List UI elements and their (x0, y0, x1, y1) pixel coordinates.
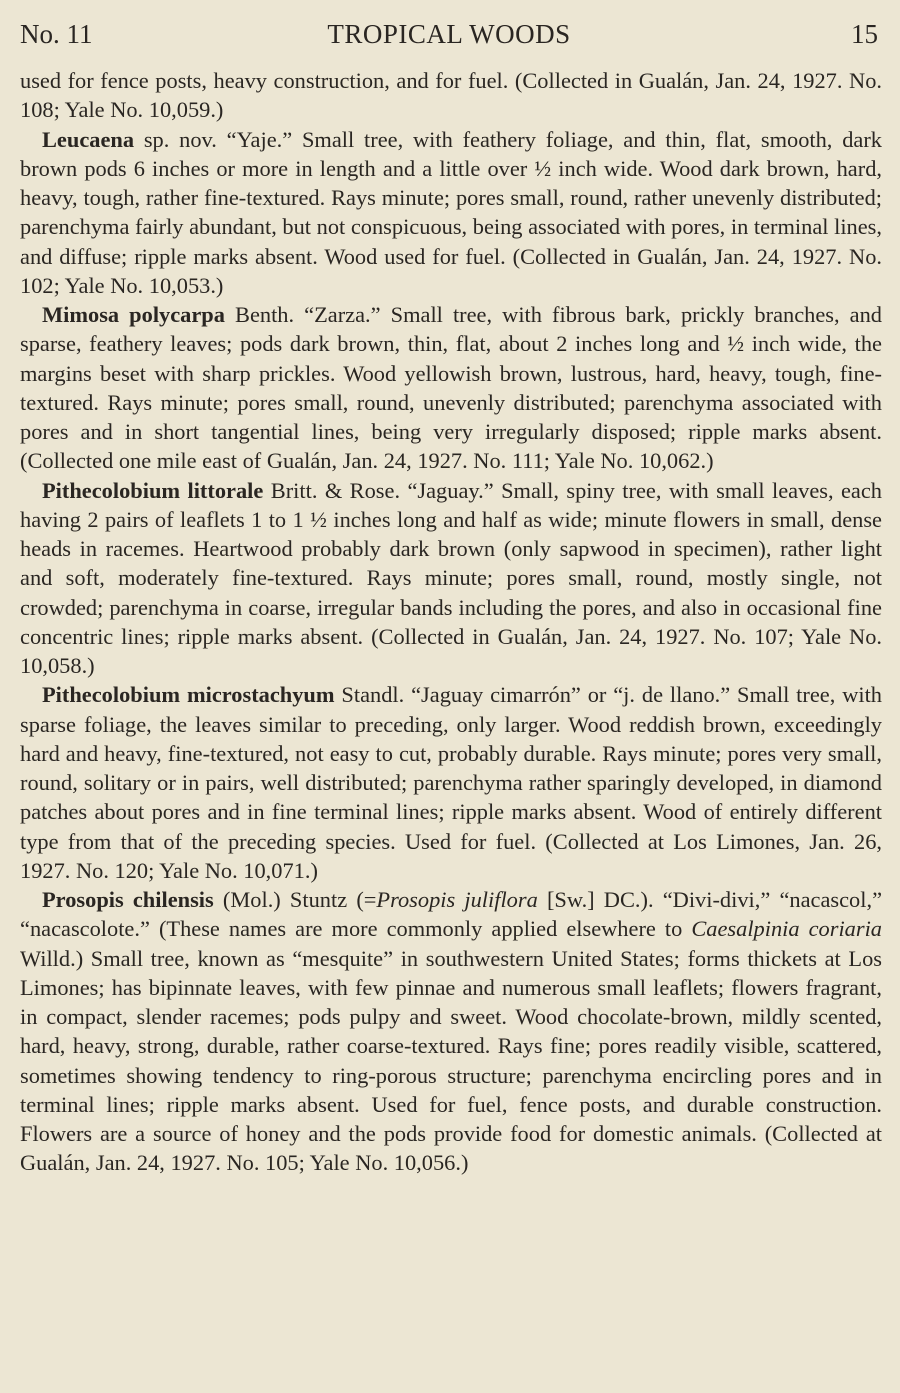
entry-text: sp. nov. “Yaje.” Small tree, with feathe… (20, 127, 882, 298)
entry-pithecolobium-littorale: Pithecolobium littorale Britt. & Rose. “… (20, 476, 882, 681)
journal-title: TROPICAL WOODS (20, 14, 878, 54)
page-number: 15 (851, 14, 878, 54)
entry-text: Standl. “Jaguay cimarrón” or “j. de llan… (20, 682, 882, 883)
species-name: Leucaena (42, 127, 134, 152)
species-name: Mimosa polycarpa (42, 302, 225, 327)
related-species-name: Caesalpinia coriaria (691, 916, 882, 941)
entry-mimosa-polycarpa: Mimosa polycarpa Benth. “Zarza.” Small t… (20, 300, 882, 476)
paragraph-continued: used for fence posts, heavy construction… (20, 66, 882, 125)
synonym-name: Prosopis juliflora (376, 887, 537, 912)
paragraph-text: used for fence posts, heavy construction… (20, 68, 882, 122)
species-name: Pithecolobium littorale (42, 478, 263, 503)
entry-prosopis-chilensis: Prosopis chilensis (Mol.) Stuntz (=Proso… (20, 885, 882, 1178)
species-name: Pithecolobium microstachyum (42, 682, 335, 707)
entry-text: (Mol.) Stuntz (= (214, 887, 377, 912)
entry-leucaena: Leucaena sp. nov. “Yaje.” Small tree, wi… (20, 125, 882, 301)
entry-pithecolobium-microstachyum: Pithecolobium microstachyum Standl. “Jag… (20, 680, 882, 885)
entry-text: Willd.) Small tree, known as “mesquite” … (20, 946, 882, 1176)
entry-text: Benth. “Zarza.” Small tree, with fibrous… (20, 302, 882, 473)
running-head: No. 11 TROPICAL WOODS 15 (20, 14, 878, 54)
body-text: used for fence posts, heavy construction… (20, 66, 882, 1178)
entry-text: Britt. & Rose. “Jaguay.” Small, spiny tr… (20, 478, 882, 679)
document-page: No. 11 TROPICAL WOODS 15 used for fence … (0, 0, 900, 1393)
species-name: Prosopis chilensis (42, 887, 214, 912)
